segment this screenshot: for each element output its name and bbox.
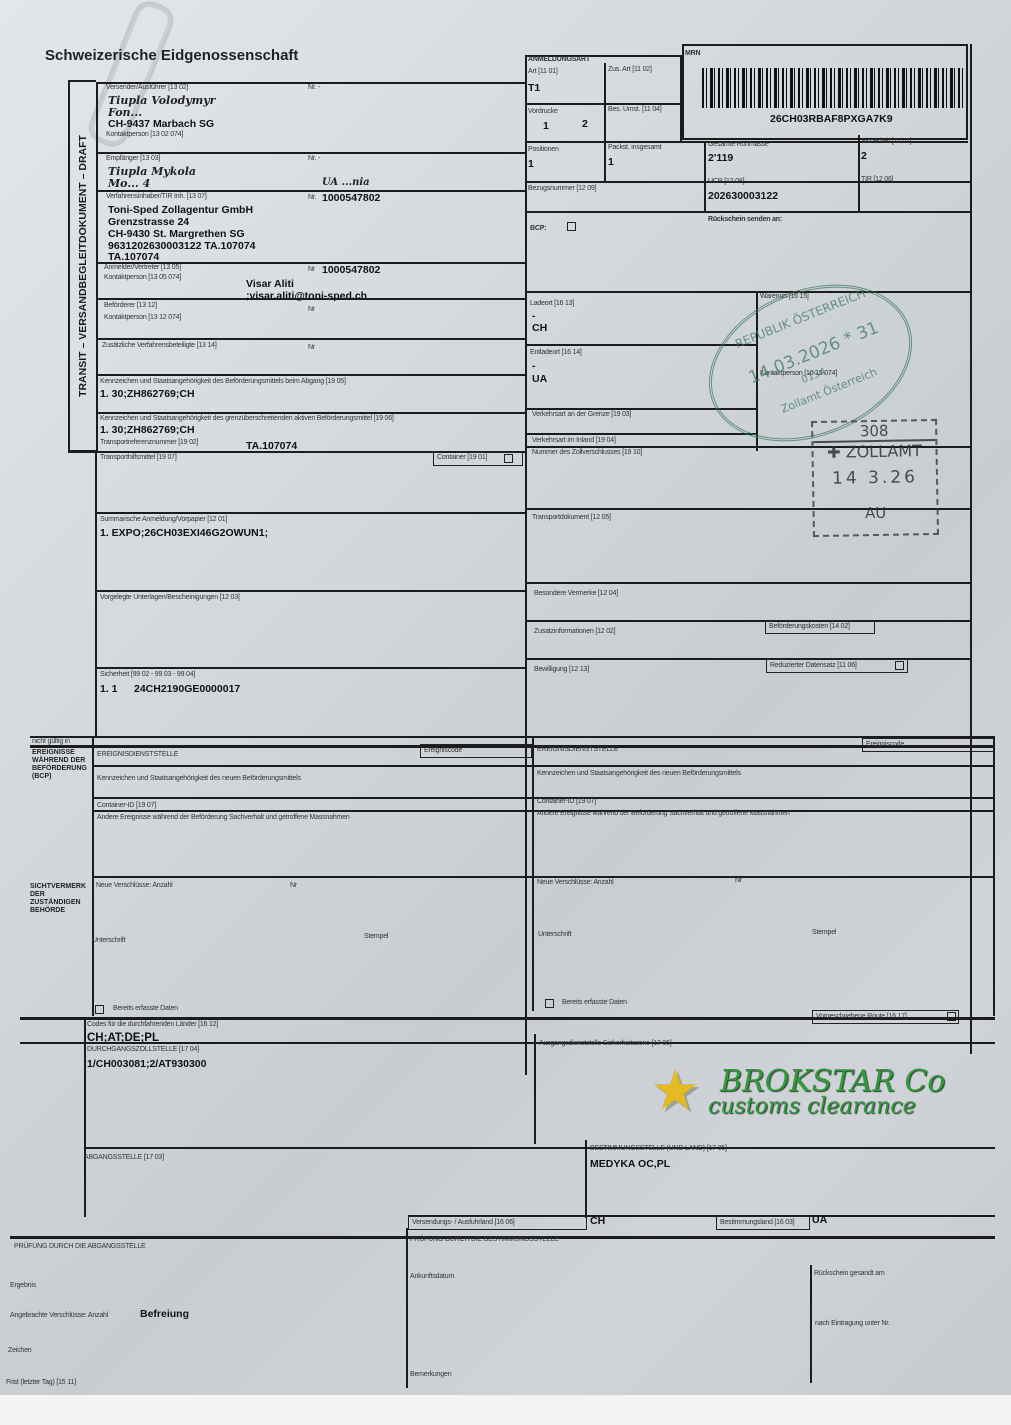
forms-value-1: 1 <box>543 120 549 132</box>
divider <box>92 765 994 767</box>
stamp-code: 0154 <box>800 366 828 386</box>
field-label: Beförderungskosten [14 02] <box>769 623 850 630</box>
field-label: BESTIMMUNGSSTELLE (UND LAND) [17 05] <box>590 1145 727 1152</box>
summary-declaration-field: Summarische Anmeldung/Vorpapier [12 01] … <box>98 514 523 590</box>
field-label: Andere Ereignisse während der Beförderun… <box>97 814 350 821</box>
divider <box>532 736 534 1011</box>
holder-name: Toni-Sped Zollagentur GmbH <box>108 204 253 216</box>
field-label: Beförderer [13 12] <box>104 302 157 309</box>
field-label: Bereits erfasste Daten <box>562 999 627 1006</box>
stamp-office: ✚ ZOLLAMT <box>813 441 935 462</box>
divider <box>810 1265 812 1383</box>
field-label: Nr <box>308 266 315 273</box>
field-label: Kennzeichen und Staatsangehörigkeit des … <box>100 415 394 422</box>
guarantee-value: 24CH2190GE0000017 <box>134 683 240 695</box>
field-label: Art [11 01] <box>528 68 558 75</box>
divider <box>534 1034 536 1144</box>
field-label: Rückschein gesandt am <box>814 1270 885 1277</box>
field-label: Verkehrsart an der Grenze [19 03] <box>532 411 631 418</box>
field-label: Kontaktperson [13 02 074] <box>106 131 183 138</box>
divider <box>525 582 972 584</box>
field-label: Sicherheit [11 07] <box>861 138 911 145</box>
field-label: Container-ID [19 07] <box>537 798 596 805</box>
field-label: Bemerkungen <box>410 1371 451 1378</box>
field-label: Versender/Ausführer [13 02] <box>106 84 188 91</box>
transport-costs-box: Beförderungskosten [14 02] <box>765 620 875 634</box>
field-label: Transportdokument [12 05] <box>532 514 611 521</box>
declarant-field: Anmelder/Vertreter [13 05] Kontaktperson… <box>100 264 520 300</box>
field-label: Summarische Anmeldung/Vorpapier [12 01] <box>100 516 227 523</box>
field-label: Nr <box>308 344 315 351</box>
field-label: Packst. insgesamt <box>608 144 661 151</box>
star-logo-icon: ★ <box>650 1062 700 1118</box>
brokstar-watermark: ★ BROKSTAR Co customs clearance <box>650 1062 950 1122</box>
field-label: Zusatzinformationen [12 02] <box>534 628 615 635</box>
security-value: 2 <box>861 150 867 162</box>
field-label: BCP: <box>530 225 546 232</box>
customs-box-stamp: 308 ✚ ZOLLAMT 14 3.26 AU <box>811 419 939 537</box>
field-label: Positionen <box>528 146 559 153</box>
event-code-box: Ereigniscode <box>420 744 532 758</box>
field-label: Empfänger [13 03] <box>106 155 160 162</box>
field-label: EREIGNISDIENSTSTELLE <box>537 746 618 753</box>
ucr-value: 202630003122 <box>708 190 778 202</box>
consignee-street: Mo... 4 <box>108 177 150 190</box>
mrn-value: 26CH03RBAF8PXGA7K9 <box>770 113 893 125</box>
packages-value: 1 <box>608 156 614 168</box>
field-label: Frist (letzter Tag) [15 11] <box>6 1379 76 1386</box>
field-label: Unterschrift <box>538 931 571 938</box>
field-label: Nr <box>308 306 315 313</box>
stamp-text: Zollamt Österreich <box>779 365 879 415</box>
field-label: Kennzeichen und Staatsangehörigkeit des … <box>100 378 346 385</box>
section-heading: PRÜFUNG DURCH DIE ABGANGSSTELLE <box>14 1243 146 1250</box>
divider <box>84 1017 86 1217</box>
prescribed-route-box: Vorgeschriebene Route [16 17] <box>812 1010 959 1024</box>
section-heading: PRÜFUNG DURCH DIE BESTIMMUNGSSTELLE <box>410 1236 559 1243</box>
field-label: Kennzeichen und Staatsangehörigkeit des … <box>537 770 741 777</box>
exporter-city: CH-9437 Marbach SG <box>108 118 214 130</box>
section-heading: EREIGNISSE WÄHREND DER BEFÖRDERUNG (BCP) <box>32 749 92 781</box>
document-type-sidebar: TRANSIT – VERSANDBEGLEITDOKUMENT – DRAFT <box>68 80 96 452</box>
field-label: Vorgeschriebene Route [16 17] <box>816 1013 907 1020</box>
transport-border-field: Kennzeichen und Staatsangehörigkeit des … <box>98 414 523 454</box>
field-label: Versendungs- / Ausfuhrland [16 06] <box>412 1219 515 1226</box>
section-heading: ANMELDUNGSART <box>528 56 590 63</box>
holder-number: 1000547802 <box>322 192 380 204</box>
watermark-tagline: customs clearance <box>708 1094 916 1119</box>
field-label: MRN <box>685 50 700 57</box>
field-label: Andere Ereignisse während der Beförderun… <box>537 810 790 817</box>
divider <box>970 44 972 1054</box>
items-value: 1 <box>528 158 534 170</box>
field-label: Container-ID [19 07] <box>97 802 156 809</box>
field-label: Entladeort [16 14] <box>530 349 582 356</box>
field-label: Ergebnis <box>10 1282 36 1289</box>
container-box: Container [19 01] <box>433 452 523 466</box>
field-label: Ankunftsdatum <box>410 1273 454 1280</box>
container-checkbox[interactable] <box>504 454 513 463</box>
unloading-place-value: UA <box>532 373 547 385</box>
reduced-dataset-checkbox[interactable] <box>895 661 904 670</box>
field-label: Nr. - <box>308 155 320 162</box>
field-label: Anmelder/Vertreter [13 05] <box>104 264 181 271</box>
field-label: Zeichen <box>8 1347 32 1354</box>
field-label: Transportreferenznummer [19 02] <box>100 439 198 446</box>
field-label: Nr <box>290 882 297 889</box>
field-label: Kontaktperson [13 05 074] <box>104 274 181 281</box>
guarantee-index: 1. 1 <box>100 683 118 695</box>
field-label: EREIGNISDIENSTSTELLE <box>97 751 178 758</box>
field-label: Ladeort [16 13] <box>530 300 574 307</box>
transit-office-value: 1/CH003081;2/AT930300 <box>87 1058 206 1070</box>
event-code-box: Ereigniscode <box>862 738 994 752</box>
already-entered-checkbox[interactable] <box>95 1005 104 1014</box>
divider <box>95 451 97 736</box>
destination-country-value: UA <box>812 1214 827 1226</box>
field-label: Bestimmungsland [16 03] <box>720 1219 794 1226</box>
field-label: Besondere Vermerke [12 04] <box>534 590 618 597</box>
field-label: Bewilligung [12 13] <box>534 666 589 673</box>
exporter-field: Versender/Ausführer [13 02] Nr. - Tiupla… <box>100 84 520 152</box>
seals-value: Befreiung <box>140 1308 189 1320</box>
dispatch-country-box: Versendungs- / Ausfuhrland [16 06] <box>408 1216 587 1230</box>
guarantee-field: Sicherheit [99 02 - 99 03 - 99 04] 1. 1 … <box>98 669 523 731</box>
field-label: Codes für die durchfahrenden Länder [16 … <box>87 1021 218 1028</box>
field-label: Nr. <box>308 194 316 201</box>
consignee-field: Empfänger [13 03] Nr. - Tiupla Mykola Mo… <box>100 154 520 190</box>
field-label: Neue Verschlüsse: Anzahl <box>537 879 614 886</box>
divider <box>604 141 606 181</box>
dispatch-country-value: CH <box>590 1215 605 1227</box>
divider <box>858 135 860 211</box>
divider <box>406 1228 408 1388</box>
field-label: Ausgangsdienststelle Sicherheitszone [17… <box>539 1040 671 1047</box>
destination-country-box: Bestimmungsland [16 03] <box>716 1216 810 1230</box>
field-label: Angebrachte Verschlüsse: Anzahl <box>10 1312 108 1319</box>
divider <box>30 736 995 738</box>
field-label: UCR [12 08] <box>708 178 744 185</box>
transport-departure-field: Kennzeichen und Staatsangehörigkeit des … <box>98 376 523 410</box>
page-title: Schweizerische Eidgenossenschaft <box>45 47 298 64</box>
field-label: Nr. - <box>308 84 320 91</box>
swiss-cross-icon: ✚ <box>827 443 846 462</box>
field-label: nach Eintragung unter Nr. <box>815 1320 890 1327</box>
field-label: TIR [12 06] <box>861 176 893 183</box>
divider <box>84 1147 995 1149</box>
field-label: Verkehrsart im Inland [19 04] <box>532 437 616 444</box>
field-label: Container [19 01] <box>437 454 487 461</box>
field-label: Transporthilfsmittel [19 07] <box>100 454 177 461</box>
forms-value-2: 2 <box>582 118 588 130</box>
divider <box>20 1042 995 1044</box>
transport-departure-value: 1. 30;ZH862769;CH <box>100 388 195 400</box>
field-label: Bezugsnummer [12 09] <box>528 185 596 192</box>
field-label: Kennzeichen und Staatsangehörigkeit des … <box>97 775 301 782</box>
field-label: Stempel <box>812 929 836 936</box>
field-label: Verfahrensinhaber/TIR Inh. [13 07] <box>106 193 207 200</box>
divider <box>525 291 972 293</box>
transport-equipment-field: Transporthilfsmittel [19 07] Container [… <box>98 453 523 511</box>
stamp-code: AU <box>814 503 936 523</box>
additional-parties-field: Zusätzliche Verfahrensbeteiligte [13 14]… <box>100 340 520 374</box>
stamp-number: 308 <box>813 421 935 443</box>
page-bottom-edge <box>0 1395 1011 1425</box>
divider <box>704 141 706 211</box>
summary-declaration-value: 1. EXPO;26CH03EXI46G2OWUN1; <box>100 527 268 539</box>
field-label: Kontaktperson [13 12 074] <box>104 314 181 321</box>
bcp-checkbox[interactable] <box>567 222 576 231</box>
field-label: ABGANGSSTELLE [17 03] <box>84 1154 164 1161</box>
gross-mass-value: 2'119 <box>708 152 733 164</box>
stamp-office-text: ZOLLAMT <box>845 441 922 461</box>
divider <box>525 620 972 622</box>
stamp-date: 14 3.26 <box>814 467 936 489</box>
holder-city: CH-9430 St. Margrethen SG <box>108 228 245 240</box>
field-label: nicht gültig in <box>32 738 70 745</box>
field-label: Zusätzliche Verfahrensbeteiligte [13 14] <box>102 342 217 349</box>
section-heading: SICHTVERMERK DER ZUSTÄNDIGEN BEHÖRDE <box>30 883 92 915</box>
field-label: Stempel <box>364 933 388 940</box>
consignee-country: UA ...nia <box>322 177 370 188</box>
document-type-label: TRANSIT – VERSANDBEGLEITDOKUMENT – DRAFT <box>77 135 89 397</box>
field-label: Reduzierter Datensatz [11 06] <box>770 662 857 669</box>
unloading-dash: - <box>532 360 536 372</box>
field-label: Unterschrift <box>92 937 125 944</box>
field-label: Vorgelegte Unterlagen/Bescheinigungen [1… <box>100 594 240 601</box>
reduced-dataset-box: Reduzierter Datensatz [11 06] <box>766 659 908 673</box>
prescribed-route-checkbox[interactable] <box>947 1012 956 1021</box>
field-label: Bereits erfasste Daten <box>113 1005 178 1012</box>
destination-office-value: MEDYKA OC,PL <box>590 1158 670 1170</box>
carrier-field: Beförderer [13 12] Kontaktperson [13 12 … <box>100 300 520 336</box>
holder-field: Verfahrensinhaber/TIR Inh. [13 07] Nr. 1… <box>100 192 520 262</box>
divider <box>585 1140 587 1218</box>
field-label: Ereigniscode <box>424 747 462 754</box>
divider <box>525 103 682 105</box>
declarant-contact-name: Visar Aliti <box>246 278 294 290</box>
loading-dash: - <box>532 310 536 322</box>
documents-field: Vorgelegte Unterlagen/Bescheinigungen [1… <box>98 592 523 666</box>
divider <box>525 211 972 213</box>
divider <box>525 433 758 435</box>
divider <box>525 55 527 1075</box>
transport-border-value: 1. 30;ZH862769;CH <box>100 424 195 436</box>
declarant-number: 1000547802 <box>322 264 380 276</box>
field-label: Sicherheit [99 02 - 99 03 - 99 04] <box>100 671 195 678</box>
already-entered-checkbox[interactable] <box>545 999 554 1008</box>
holder-street: Grenzstrasse 24 <box>108 216 189 228</box>
field-label: Rückschein senden an: <box>708 216 782 223</box>
divider <box>92 876 994 878</box>
field-label: Nummer des Zollverschlusses [19 10] <box>532 449 642 456</box>
field-label: DURCHGANGSZOLLSTELLE [17 04] <box>87 1046 199 1053</box>
field-label: Nr <box>735 877 742 884</box>
field-label: Bes. Umst. [11 04] <box>608 106 661 113</box>
field-label: Gesamte Rohmasse <box>708 141 769 148</box>
field-label: Neue Verschlüsse: Anzahl <box>96 882 173 889</box>
field-label: Ereigniscode <box>866 741 904 748</box>
field-label: Vordrucke <box>528 108 558 115</box>
mrn-barcode <box>702 68 966 108</box>
loading-place-value: CH <box>532 322 547 334</box>
field-label: Zus. Art [11 02] <box>608 66 652 73</box>
declaration-type-value: T1 <box>528 82 540 94</box>
divider <box>525 181 970 183</box>
